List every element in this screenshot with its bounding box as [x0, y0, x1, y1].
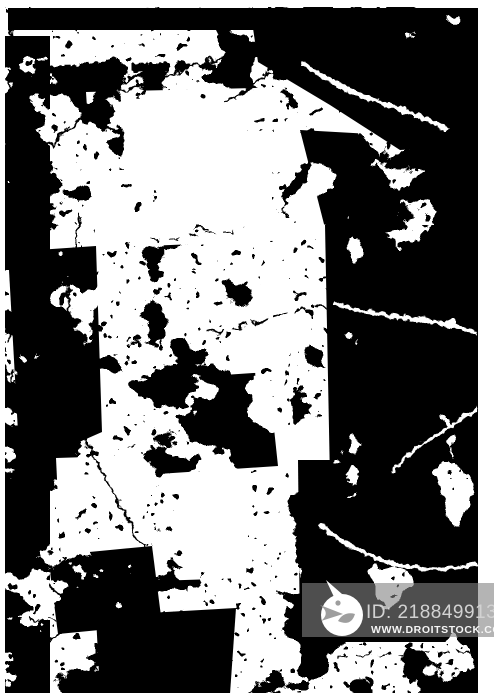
grunge-texture-image: ID: 2188499136 WWW.DROITSTOCK.COM — [0, 0, 494, 700]
watermark-url-text: WWW.DROITSTOCK.COM — [371, 624, 494, 636]
stock-photo-grunge-texture: ID: 2188499136 WWW.DROITSTOCK.COM — [0, 0, 494, 700]
watermark-id-text: ID: 2188499136 — [366, 602, 494, 623]
watermark: ID: 2188499136 WWW.DROITSTOCK.COM — [302, 580, 494, 637]
